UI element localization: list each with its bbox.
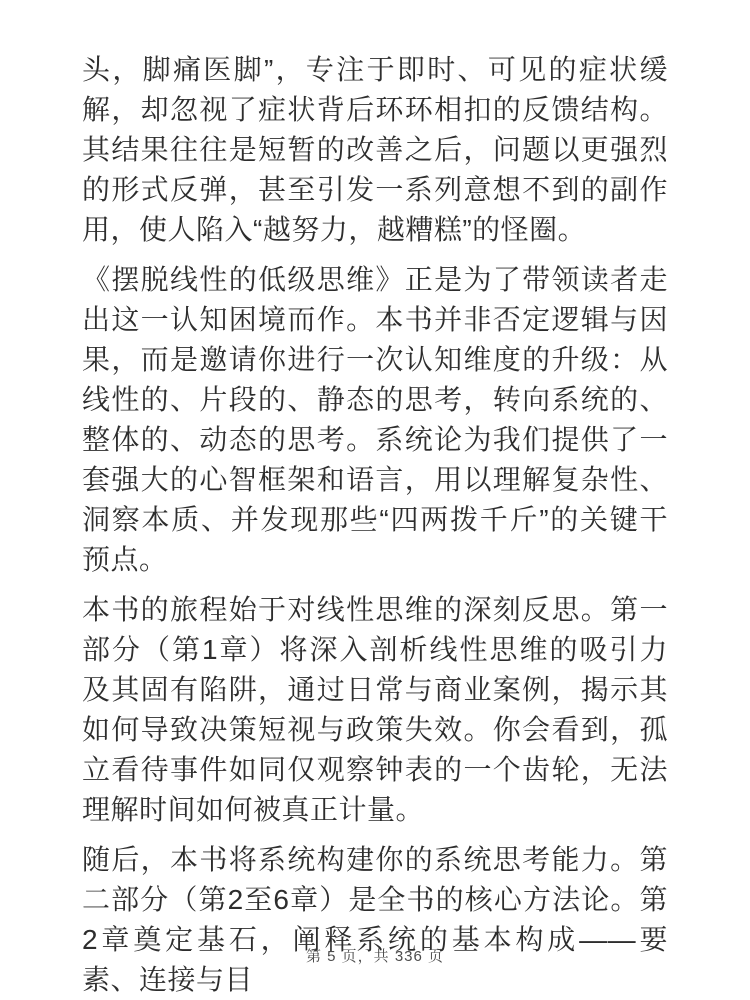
- paragraph: 《摆脱线性的低级思维》正是为了带领读者走出这一认知困境而作。本书并非否定逻辑与因…: [82, 260, 668, 580]
- page-content: 头，脚痛医脚”，专注于即时、可见的症状缓解，却忽视了症状背后环环相扣的反馈结构。…: [0, 0, 750, 1000]
- ebook-reader-page[interactable]: 头，脚痛医脚”，专注于即时、可见的症状缓解，却忽视了症状背后环环相扣的反馈结构。…: [0, 0, 750, 1000]
- paragraph: 本书的旅程始于对线性思维的深刻反思。第一部分（第1章）将深入剖析线性思维的吸引力…: [82, 590, 668, 830]
- paragraph: 随后，本书将系统构建你的系统思考能力。第二部分（第2至6章）是全书的核心方法论。…: [82, 840, 668, 1000]
- paragraph: 头，脚痛医脚”，专注于即时、可见的症状缓解，却忽视了症状背后环环相扣的反馈结构。…: [82, 50, 668, 250]
- page-number-indicator: 第 5 页，共 336 页: [0, 948, 750, 965]
